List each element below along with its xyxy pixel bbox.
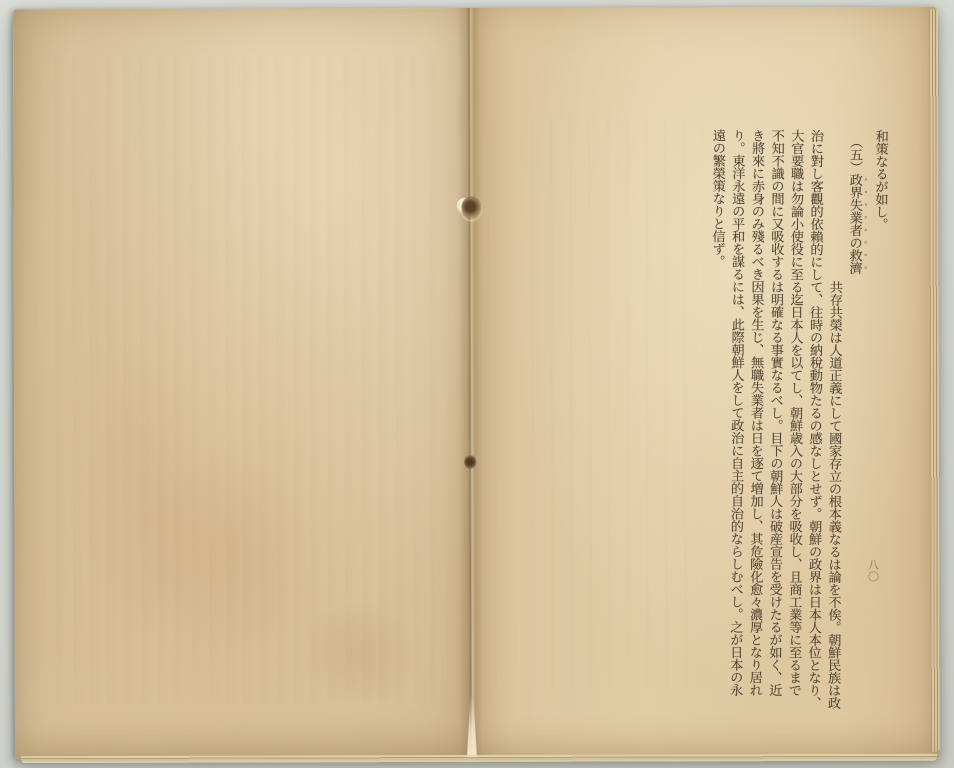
bottom-page-edges	[21, 754, 937, 763]
text-column-6: 不知不識の間に又吸收するは明確なる事實なるべし。目下の朝鮮人は破産宣告を受けたる…	[763, 129, 785, 721]
paper-stain	[74, 339, 225, 639]
book-gutter-crease	[457, 8, 483, 758]
emphasized-heading-text: 政界失業者の救濟	[846, 173, 861, 274]
left-page-blank	[13, 8, 471, 759]
text-column-5: 大官要職は勿論小使役に至る迄日本人を以てし、朝鮮歳入の大部分を吸收し、且商工業等…	[783, 129, 805, 721]
photo-background: 和策なるが如し。 （五）政界失業者の救濟 共存共榮は人道正義にして國家存立の根本…	[0, 0, 954, 768]
fore-edge-pages	[929, 9, 940, 752]
text-column-4: 治に對し客觀的依賴的にして、往時の納稅動物たるの感なしとせず。朝鮮の政界は日本人…	[802, 129, 824, 721]
text-column-3: 共存共榮は人道正義にして國家存立の根本義なるは論を不俟。朝鮮民族は政	[822, 129, 844, 721]
text-column-1: 和策なるが如し。	[867, 129, 889, 721]
binding-hole-bottom	[464, 454, 476, 470]
text-column-2: （五）政界失業者の救濟	[842, 129, 870, 721]
text-column-7: き將來に赤身のみ殘るべき因果を生じ、無職失業者は日を逐て増加し、其危險化愈々濃厚…	[744, 129, 766, 721]
right-page-showthrough	[493, 117, 704, 688]
text-columns: 和策なるが如し。 （五）政界失業者の救濟 共存共榮は人道正義にして國家存立の根本…	[704, 129, 889, 722]
open-book: 和策なるが如し。 （五）政界失業者の救濟 共存共榮は人道正義にして國家存立の根本…	[13, 7, 939, 759]
text-column-8: り。東洋永遠の平和を謀るには、此際朝鮮人をして政治に自主的自治的ならしむべし。之…	[724, 129, 746, 721]
text-column-9: 遠の繁榮策なりと信ず。	[704, 129, 726, 721]
page-number: 八〇	[864, 559, 880, 583]
right-page: 和策なるが如し。 （五）政界失業者の救濟 共存共榮は人道正義にして國家存立の根本…	[469, 7, 939, 758]
paper-stain	[301, 598, 421, 708]
